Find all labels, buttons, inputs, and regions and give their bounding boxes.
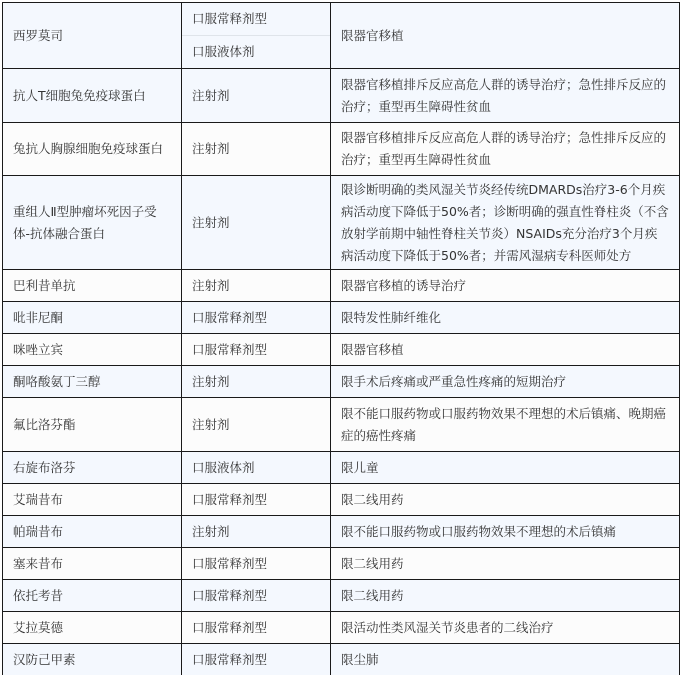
dosage-form-cell: 口服常释剂型 — [182, 334, 331, 366]
dosage-form-cell: 注射剂 — [182, 516, 331, 548]
dosage-form-cell: 口服常释剂型 — [182, 612, 331, 644]
drug-name-cell: 右旋布洛芬 — [3, 452, 182, 484]
table-row: 塞来昔布 口服常释剂型 限二线用药 — [3, 548, 680, 580]
dosage-form-cell: 注射剂 — [182, 123, 331, 176]
drug-name-cell: 重组人Ⅱ型肿瘤坏死因子受体-抗体融合蛋白 — [3, 176, 182, 270]
restriction-cell: 限诊断明确的类风湿关节炎经传统DMARDs治疗3-6个月疾病活动度下降低于50%… — [331, 176, 680, 270]
dosage-form-cell: 注射剂 — [182, 398, 331, 452]
table-row: 汉防己甲素 口服常释剂型 限尘肺 — [3, 644, 680, 675]
drug-name-cell: 兔抗人胸腺细胞免疫球蛋白 — [3, 123, 182, 176]
dosage-form: 口服液体剂 — [182, 35, 330, 68]
restriction-cell: 限不能口服药物或口服药物效果不理想的术后镇痛、晚期癌症的癌性疼痛 — [331, 398, 680, 452]
dosage-form-cell: 口服常释剂型 口服液体剂 — [182, 3, 331, 69]
dosage-form-cell: 注射剂 — [182, 270, 331, 302]
restriction-cell: 限器官移植 — [331, 3, 680, 69]
drug-name-cell: 巴利昔单抗 — [3, 270, 182, 302]
restriction-cell: 限特发性肺纤维化 — [331, 302, 680, 334]
drug-name-cell: 酮咯酸氨丁三醇 — [3, 366, 182, 398]
table-row: 巴利昔单抗 注射剂 限器官移植的诱导治疗 — [3, 270, 680, 302]
drug-name-cell: 汉防己甲素 — [3, 644, 182, 675]
drug-name-cell: 艾拉莫德 — [3, 612, 182, 644]
drug-name-cell: 依托考昔 — [3, 580, 182, 612]
restriction-cell: 限儿童 — [331, 452, 680, 484]
dosage-form-cell: 注射剂 — [182, 176, 331, 270]
drug-name-cell: 氟比洛芬酯 — [3, 398, 182, 452]
restriction-cell: 限二线用药 — [331, 580, 680, 612]
restriction-cell: 限手术后疼痛或严重急性疼痛的短期治疗 — [331, 366, 680, 398]
restriction-cell: 限二线用药 — [331, 484, 680, 516]
dosage-form-cell: 口服液体剂 — [182, 452, 331, 484]
table-row: 帕瑞昔布 注射剂 限不能口服药物或口服药物效果不理想的术后镇痛 — [3, 516, 680, 548]
drug-restriction-table: 西罗莫司 口服常释剂型 口服液体剂 限器官移植 抗人T细胞兔免疫球蛋白 注射剂 … — [2, 2, 680, 675]
table-row: 右旋布洛芬 口服液体剂 限儿童 — [3, 452, 680, 484]
drug-name-cell: 抗人T细胞兔免疫球蛋白 — [3, 69, 182, 123]
table-body: 西罗莫司 口服常释剂型 口服液体剂 限器官移植 抗人T细胞兔免疫球蛋白 注射剂 … — [3, 3, 680, 675]
table-row: 依托考昔 口服常释剂型 限二线用药 — [3, 580, 680, 612]
drug-name-cell: 帕瑞昔布 — [3, 516, 182, 548]
drug-name-cell: 西罗莫司 — [3, 3, 182, 69]
table-row: 咪唑立宾 口服常释剂型 限器官移植 — [3, 334, 680, 366]
table-row: 吡非尼酮 口服常释剂型 限特发性肺纤维化 — [3, 302, 680, 334]
table-row: 艾拉莫德 口服常释剂型 限活动性类风湿关节炎患者的二线治疗 — [3, 612, 680, 644]
drug-name-cell: 塞来昔布 — [3, 548, 182, 580]
restriction-cell: 限活动性类风湿关节炎患者的二线治疗 — [331, 612, 680, 644]
table-row: 艾瑞昔布 口服常释剂型 限二线用药 — [3, 484, 680, 516]
table-row: 氟比洛芬酯 注射剂 限不能口服药物或口服药物效果不理想的术后镇痛、晚期癌症的癌性… — [3, 398, 680, 452]
drug-name-cell: 艾瑞昔布 — [3, 484, 182, 516]
restriction-cell: 限器官移植的诱导治疗 — [331, 270, 680, 302]
restriction-cell: 限器官移植排斥反应高危人群的诱导治疗；急性排斥反应的治疗；重型再生障碍性贫血 — [331, 69, 680, 123]
dosage-form-cell: 口服常释剂型 — [182, 548, 331, 580]
dosage-form-cell: 注射剂 — [182, 69, 331, 123]
dosage-form-cell: 注射剂 — [182, 366, 331, 398]
drug-name-cell: 咪唑立宾 — [3, 334, 182, 366]
table-row: 抗人T细胞兔免疫球蛋白 注射剂 限器官移植排斥反应高危人群的诱导治疗；急性排斥反… — [3, 69, 680, 123]
restriction-cell: 限不能口服药物或口服药物效果不理想的术后镇痛 — [331, 516, 680, 548]
table-row: 重组人Ⅱ型肿瘤坏死因子受体-抗体融合蛋白 注射剂 限诊断明确的类风湿关节炎经传统… — [3, 176, 680, 270]
table-row: 兔抗人胸腺细胞免疫球蛋白 注射剂 限器官移植排斥反应高危人群的诱导治疗；急性排斥… — [3, 123, 680, 176]
dosage-form-cell: 口服常释剂型 — [182, 302, 331, 334]
table-row: 西罗莫司 口服常释剂型 口服液体剂 限器官移植 — [3, 3, 680, 69]
restriction-cell: 限尘肺 — [331, 644, 680, 675]
dosage-form-cell: 口服常释剂型 — [182, 580, 331, 612]
dosage-form-cell: 口服常释剂型 — [182, 484, 331, 516]
restriction-cell: 限器官移植 — [331, 334, 680, 366]
dosage-form-cell: 口服常释剂型 — [182, 644, 331, 675]
restriction-cell: 限二线用药 — [331, 548, 680, 580]
drug-name-cell: 吡非尼酮 — [3, 302, 182, 334]
dosage-form: 口服常释剂型 — [182, 3, 330, 35]
restriction-cell: 限器官移植排斥反应高危人群的诱导治疗；急性排斥反应的治疗；重型再生障碍性贫血 — [331, 123, 680, 176]
table-row: 酮咯酸氨丁三醇 注射剂 限手术后疼痛或严重急性疼痛的短期治疗 — [3, 366, 680, 398]
